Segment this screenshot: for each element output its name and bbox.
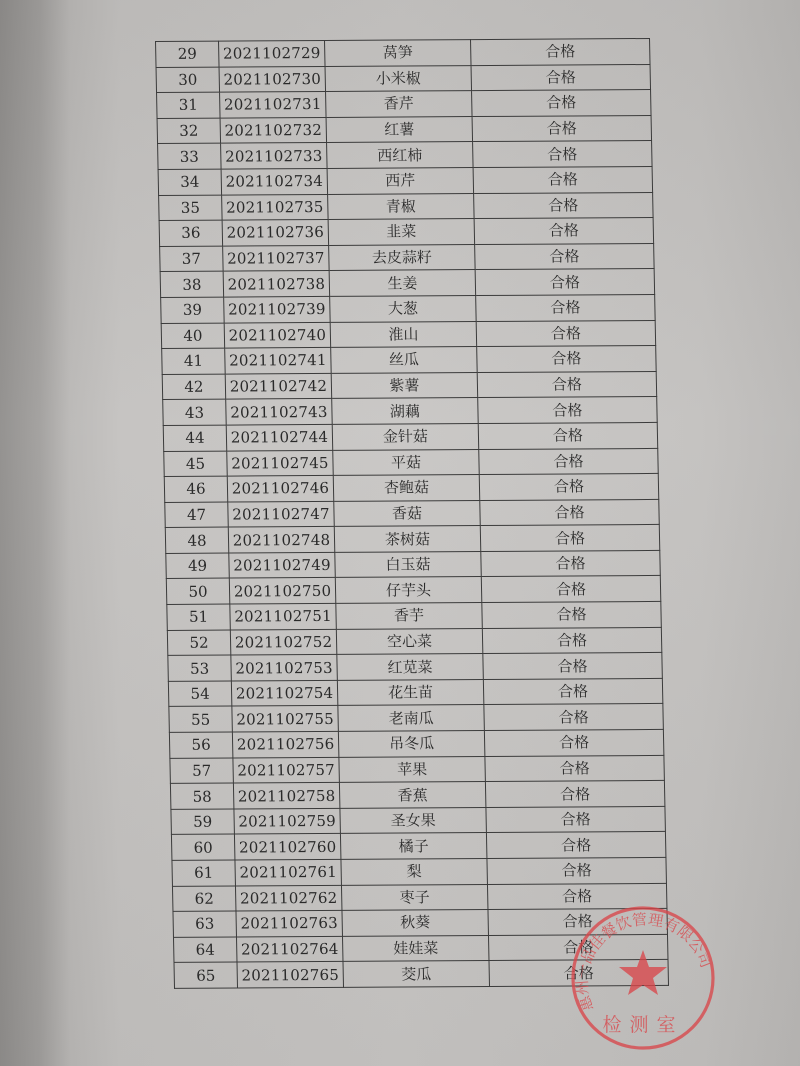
row-number-cell: 37 bbox=[160, 246, 224, 272]
result-cell: 合格 bbox=[487, 857, 667, 884]
row-number-cell: 47 bbox=[165, 502, 229, 528]
sample-id-cell: 2021102736 bbox=[222, 220, 329, 246]
result-cell: 合格 bbox=[472, 115, 652, 142]
result-cell: 合格 bbox=[471, 38, 651, 65]
result-cell: 合格 bbox=[482, 601, 662, 628]
row-number-cell: 43 bbox=[163, 399, 227, 425]
row-number-cell: 34 bbox=[158, 169, 222, 195]
table-row: 482021102748茶树菇合格 bbox=[165, 525, 660, 554]
row-number-cell: 31 bbox=[157, 92, 221, 118]
row-number-cell: 51 bbox=[167, 604, 231, 630]
sample-id-cell: 2021102755 bbox=[232, 706, 339, 732]
table-row: 382021102738生姜合格 bbox=[160, 269, 655, 298]
table-row: 512021102751香芋合格 bbox=[167, 601, 662, 630]
result-cell: 合格 bbox=[480, 525, 660, 552]
result-cell: 合格 bbox=[474, 192, 654, 219]
sample-name-cell: 平菇 bbox=[333, 449, 480, 475]
result-cell: 合格 bbox=[481, 550, 661, 577]
row-number-cell: 42 bbox=[162, 374, 226, 400]
result-cell: 合格 bbox=[471, 64, 651, 91]
sample-name-cell: 淮山 bbox=[330, 321, 477, 347]
sample-id-cell: 2021102763 bbox=[236, 911, 343, 937]
row-number-cell: 64 bbox=[173, 937, 237, 963]
table-row: 592021102759圣女果合格 bbox=[171, 806, 666, 835]
table-row: 452021102745平菇合格 bbox=[164, 448, 659, 477]
sample-id-cell: 2021102743 bbox=[226, 399, 333, 425]
table-row: 322021102732红薯合格 bbox=[157, 115, 652, 144]
sample-name-cell: 梨 bbox=[341, 858, 488, 884]
row-number-cell: 38 bbox=[160, 271, 224, 297]
table-row: 612021102761梨合格 bbox=[172, 857, 667, 886]
table-row: 472021102747香菇合格 bbox=[165, 499, 660, 528]
result-cell: 合格 bbox=[489, 960, 669, 987]
table-row: 532021102753红苋菜合格 bbox=[168, 653, 663, 682]
sample-name-cell: 吊冬瓜 bbox=[338, 731, 485, 757]
sample-name-cell: 老南瓜 bbox=[338, 705, 485, 731]
sample-name-cell: 香菇 bbox=[334, 500, 481, 526]
table-row: 302021102730小米椒合格 bbox=[156, 64, 651, 93]
row-number-cell: 30 bbox=[156, 67, 220, 93]
sample-name-cell: 花生苗 bbox=[337, 679, 484, 705]
sample-name-cell: 小米椒 bbox=[325, 65, 472, 91]
sample-name-cell: 枣子 bbox=[341, 884, 488, 910]
result-cell: 合格 bbox=[475, 269, 655, 296]
sample-id-cell: 2021102734 bbox=[221, 168, 328, 194]
seal-bottom-text: 检测室 bbox=[602, 1014, 683, 1036]
sample-name-cell: 大葱 bbox=[330, 295, 477, 321]
sample-id-cell: 2021102753 bbox=[231, 655, 338, 681]
sample-name-cell: 西芹 bbox=[327, 168, 474, 194]
table-row: 602021102760橘子合格 bbox=[171, 832, 666, 861]
row-number-cell: 58 bbox=[170, 783, 234, 809]
sample-id-cell: 2021102741 bbox=[225, 348, 332, 374]
table-row: 552021102755老南瓜合格 bbox=[169, 704, 664, 733]
result-cell: 合格 bbox=[483, 678, 663, 705]
row-number-cell: 53 bbox=[168, 655, 232, 681]
row-number-cell: 57 bbox=[170, 758, 234, 784]
sample-id-cell: 2021102765 bbox=[237, 962, 344, 988]
results-table-body: 292021102729莴笋合格302021102730小米椒合格3120211… bbox=[156, 38, 669, 988]
table-row: 642021102764娃娃菜合格 bbox=[173, 934, 668, 963]
row-number-cell: 48 bbox=[165, 527, 229, 553]
table-row: 422021102742紫薯合格 bbox=[162, 371, 657, 400]
sample-name-cell: 香芹 bbox=[326, 91, 473, 117]
sample-name-cell: 仔芋头 bbox=[335, 577, 482, 603]
sample-id-cell: 2021102730 bbox=[219, 66, 326, 92]
sample-id-cell: 2021102729 bbox=[219, 40, 326, 66]
sample-id-cell: 2021102733 bbox=[221, 143, 328, 169]
table-row: 522021102752空心菜合格 bbox=[167, 627, 662, 656]
sample-name-cell: 橘子 bbox=[340, 833, 487, 859]
table-row: 332021102733西红柿合格 bbox=[158, 141, 653, 170]
sample-id-cell: 2021102732 bbox=[220, 117, 327, 143]
table-row: 542021102754花生苗合格 bbox=[168, 678, 663, 707]
row-number-cell: 63 bbox=[173, 911, 237, 937]
sample-name-cell: 韭菜 bbox=[328, 219, 475, 245]
sample-id-cell: 2021102735 bbox=[222, 194, 329, 220]
table-row: 442021102744金针菇合格 bbox=[163, 422, 658, 451]
table-row: 372021102737去皮蒜籽合格 bbox=[160, 243, 655, 272]
row-number-cell: 36 bbox=[159, 220, 223, 246]
table-row: 582021102758香蕉合格 bbox=[170, 781, 665, 810]
sample-id-cell: 2021102744 bbox=[226, 424, 333, 450]
table-row: 492021102749白玉菇合格 bbox=[166, 550, 661, 579]
sample-name-cell: 丝瓜 bbox=[331, 347, 478, 373]
result-cell: 合格 bbox=[475, 243, 655, 270]
sample-id-cell: 2021102754 bbox=[231, 680, 338, 706]
row-number-cell: 41 bbox=[162, 348, 226, 374]
sample-id-cell: 2021102760 bbox=[234, 834, 341, 860]
sample-id-cell: 2021102758 bbox=[233, 783, 340, 809]
sample-id-cell: 2021102737 bbox=[223, 245, 330, 271]
result-cell: 合格 bbox=[482, 627, 662, 654]
row-number-cell: 50 bbox=[166, 579, 230, 605]
table-row: 412021102741丝瓜合格 bbox=[162, 346, 657, 375]
sample-name-cell: 去皮蒜籽 bbox=[329, 244, 476, 270]
sample-name-cell: 青椒 bbox=[328, 193, 475, 219]
result-cell: 合格 bbox=[478, 397, 658, 424]
result-cell: 合格 bbox=[477, 346, 657, 373]
row-number-cell: 40 bbox=[161, 323, 225, 349]
result-cell: 合格 bbox=[484, 729, 664, 756]
sample-id-cell: 2021102745 bbox=[227, 450, 334, 476]
row-number-cell: 33 bbox=[158, 143, 222, 169]
row-number-cell: 35 bbox=[159, 195, 223, 221]
row-number-cell: 32 bbox=[157, 118, 221, 144]
result-cell: 合格 bbox=[485, 755, 665, 782]
results-table: 292021102729莴笋合格302021102730小米椒合格3120211… bbox=[155, 38, 669, 989]
sample-id-cell: 2021102747 bbox=[228, 501, 335, 527]
sample-id-cell: 2021102759 bbox=[234, 808, 341, 834]
sample-id-cell: 2021102764 bbox=[236, 936, 343, 962]
sample-id-cell: 2021102751 bbox=[230, 603, 337, 629]
table-row: 462021102746杏鲍菇合格 bbox=[164, 474, 659, 503]
result-cell: 合格 bbox=[479, 474, 659, 501]
sample-name-cell: 香蕉 bbox=[339, 782, 486, 808]
table-row: 362021102736韭菜合格 bbox=[159, 218, 654, 247]
row-number-cell: 44 bbox=[163, 425, 227, 451]
row-number-cell: 45 bbox=[164, 451, 228, 477]
row-number-cell: 52 bbox=[167, 630, 231, 656]
result-cell: 合格 bbox=[486, 806, 666, 833]
row-number-cell: 49 bbox=[166, 553, 230, 579]
sample-name-cell: 秋葵 bbox=[342, 910, 489, 936]
row-number-cell: 46 bbox=[164, 476, 228, 502]
sample-name-cell: 茭瓜 bbox=[343, 961, 490, 987]
sample-name-cell: 杏鲍菇 bbox=[333, 475, 480, 501]
row-number-cell: 39 bbox=[161, 297, 225, 323]
table-row: 352021102735青椒合格 bbox=[159, 192, 654, 221]
row-number-cell: 56 bbox=[169, 732, 233, 758]
row-number-cell: 61 bbox=[172, 860, 236, 886]
sample-name-cell: 红苋菜 bbox=[337, 654, 484, 680]
result-cell: 合格 bbox=[476, 294, 656, 321]
sample-id-cell: 2021102752 bbox=[230, 629, 337, 655]
table-row: 502021102750仔芋头合格 bbox=[166, 576, 661, 605]
result-cell: 合格 bbox=[483, 653, 663, 680]
sample-id-cell: 2021102757 bbox=[233, 757, 340, 783]
sample-id-cell: 2021102740 bbox=[224, 322, 331, 348]
sample-name-cell: 紫薯 bbox=[331, 372, 478, 398]
row-number-cell: 65 bbox=[174, 962, 238, 988]
results-table-container: 292021102729莴笋合格302021102730小米椒合格3120211… bbox=[155, 38, 664, 989]
table-row: 292021102729莴笋合格 bbox=[156, 38, 651, 67]
row-number-cell: 59 bbox=[171, 809, 235, 835]
table-row: 632021102763秋葵合格 bbox=[173, 909, 668, 938]
sample-name-cell: 茶树菇 bbox=[334, 526, 481, 552]
table-row: 312021102731香芹合格 bbox=[157, 90, 652, 119]
result-cell: 合格 bbox=[477, 371, 657, 398]
sample-id-cell: 2021102739 bbox=[224, 296, 331, 322]
sample-id-cell: 2021102749 bbox=[229, 552, 336, 578]
result-cell: 合格 bbox=[481, 576, 661, 603]
sample-name-cell: 金针菇 bbox=[332, 423, 479, 449]
table-row: 652021102765茭瓜合格 bbox=[174, 960, 669, 989]
sample-id-cell: 2021102742 bbox=[225, 373, 332, 399]
result-cell: 合格 bbox=[486, 832, 666, 859]
result-cell: 合格 bbox=[484, 704, 664, 731]
sample-name-cell: 苹果 bbox=[339, 756, 486, 782]
table-row: 402021102740淮山合格 bbox=[161, 320, 656, 349]
row-number-cell: 60 bbox=[171, 834, 235, 860]
sample-id-cell: 2021102762 bbox=[235, 885, 342, 911]
result-cell: 合格 bbox=[472, 90, 652, 117]
sample-name-cell: 湖藕 bbox=[332, 398, 479, 424]
table-row: 392021102739大葱合格 bbox=[161, 294, 656, 323]
result-cell: 合格 bbox=[478, 422, 658, 449]
sample-id-cell: 2021102756 bbox=[232, 731, 339, 757]
table-row: 572021102757苹果合格 bbox=[170, 755, 665, 784]
result-cell: 合格 bbox=[485, 781, 665, 808]
sample-id-cell: 2021102746 bbox=[227, 476, 334, 502]
sample-id-cell: 2021102750 bbox=[229, 578, 336, 604]
sample-name-cell: 莴笋 bbox=[325, 40, 472, 66]
sample-name-cell: 空心菜 bbox=[336, 628, 483, 654]
sample-id-cell: 2021102731 bbox=[220, 92, 327, 118]
sample-name-cell: 白玉菇 bbox=[335, 551, 482, 577]
row-number-cell: 29 bbox=[156, 41, 220, 67]
row-number-cell: 54 bbox=[168, 681, 232, 707]
table-row: 622021102762枣子合格 bbox=[172, 883, 667, 912]
table-row: 432021102743湖藕合格 bbox=[163, 397, 658, 426]
sample-name-cell: 圣女果 bbox=[340, 807, 487, 833]
table-row: 342021102734西芹合格 bbox=[158, 166, 653, 195]
result-cell: 合格 bbox=[479, 448, 659, 475]
result-cell: 合格 bbox=[473, 141, 653, 168]
sample-id-cell: 2021102738 bbox=[223, 271, 330, 297]
sample-name-cell: 红薯 bbox=[326, 116, 473, 142]
result-cell: 合格 bbox=[473, 166, 653, 193]
sample-name-cell: 西红柿 bbox=[327, 142, 474, 168]
sample-id-cell: 2021102748 bbox=[228, 527, 335, 553]
sample-name-cell: 生姜 bbox=[329, 270, 476, 296]
sample-name-cell: 香芋 bbox=[336, 603, 483, 629]
row-number-cell: 55 bbox=[169, 706, 233, 732]
result-cell: 合格 bbox=[480, 499, 660, 526]
result-cell: 合格 bbox=[488, 934, 668, 961]
result-cell: 合格 bbox=[474, 218, 654, 245]
row-number-cell: 62 bbox=[172, 886, 236, 912]
result-cell: 合格 bbox=[487, 883, 667, 910]
table-row: 562021102756吊冬瓜合格 bbox=[169, 729, 664, 758]
result-cell: 合格 bbox=[476, 320, 656, 347]
sample-name-cell: 娃娃菜 bbox=[342, 935, 489, 961]
result-cell: 合格 bbox=[488, 909, 668, 936]
sample-id-cell: 2021102761 bbox=[235, 859, 342, 885]
